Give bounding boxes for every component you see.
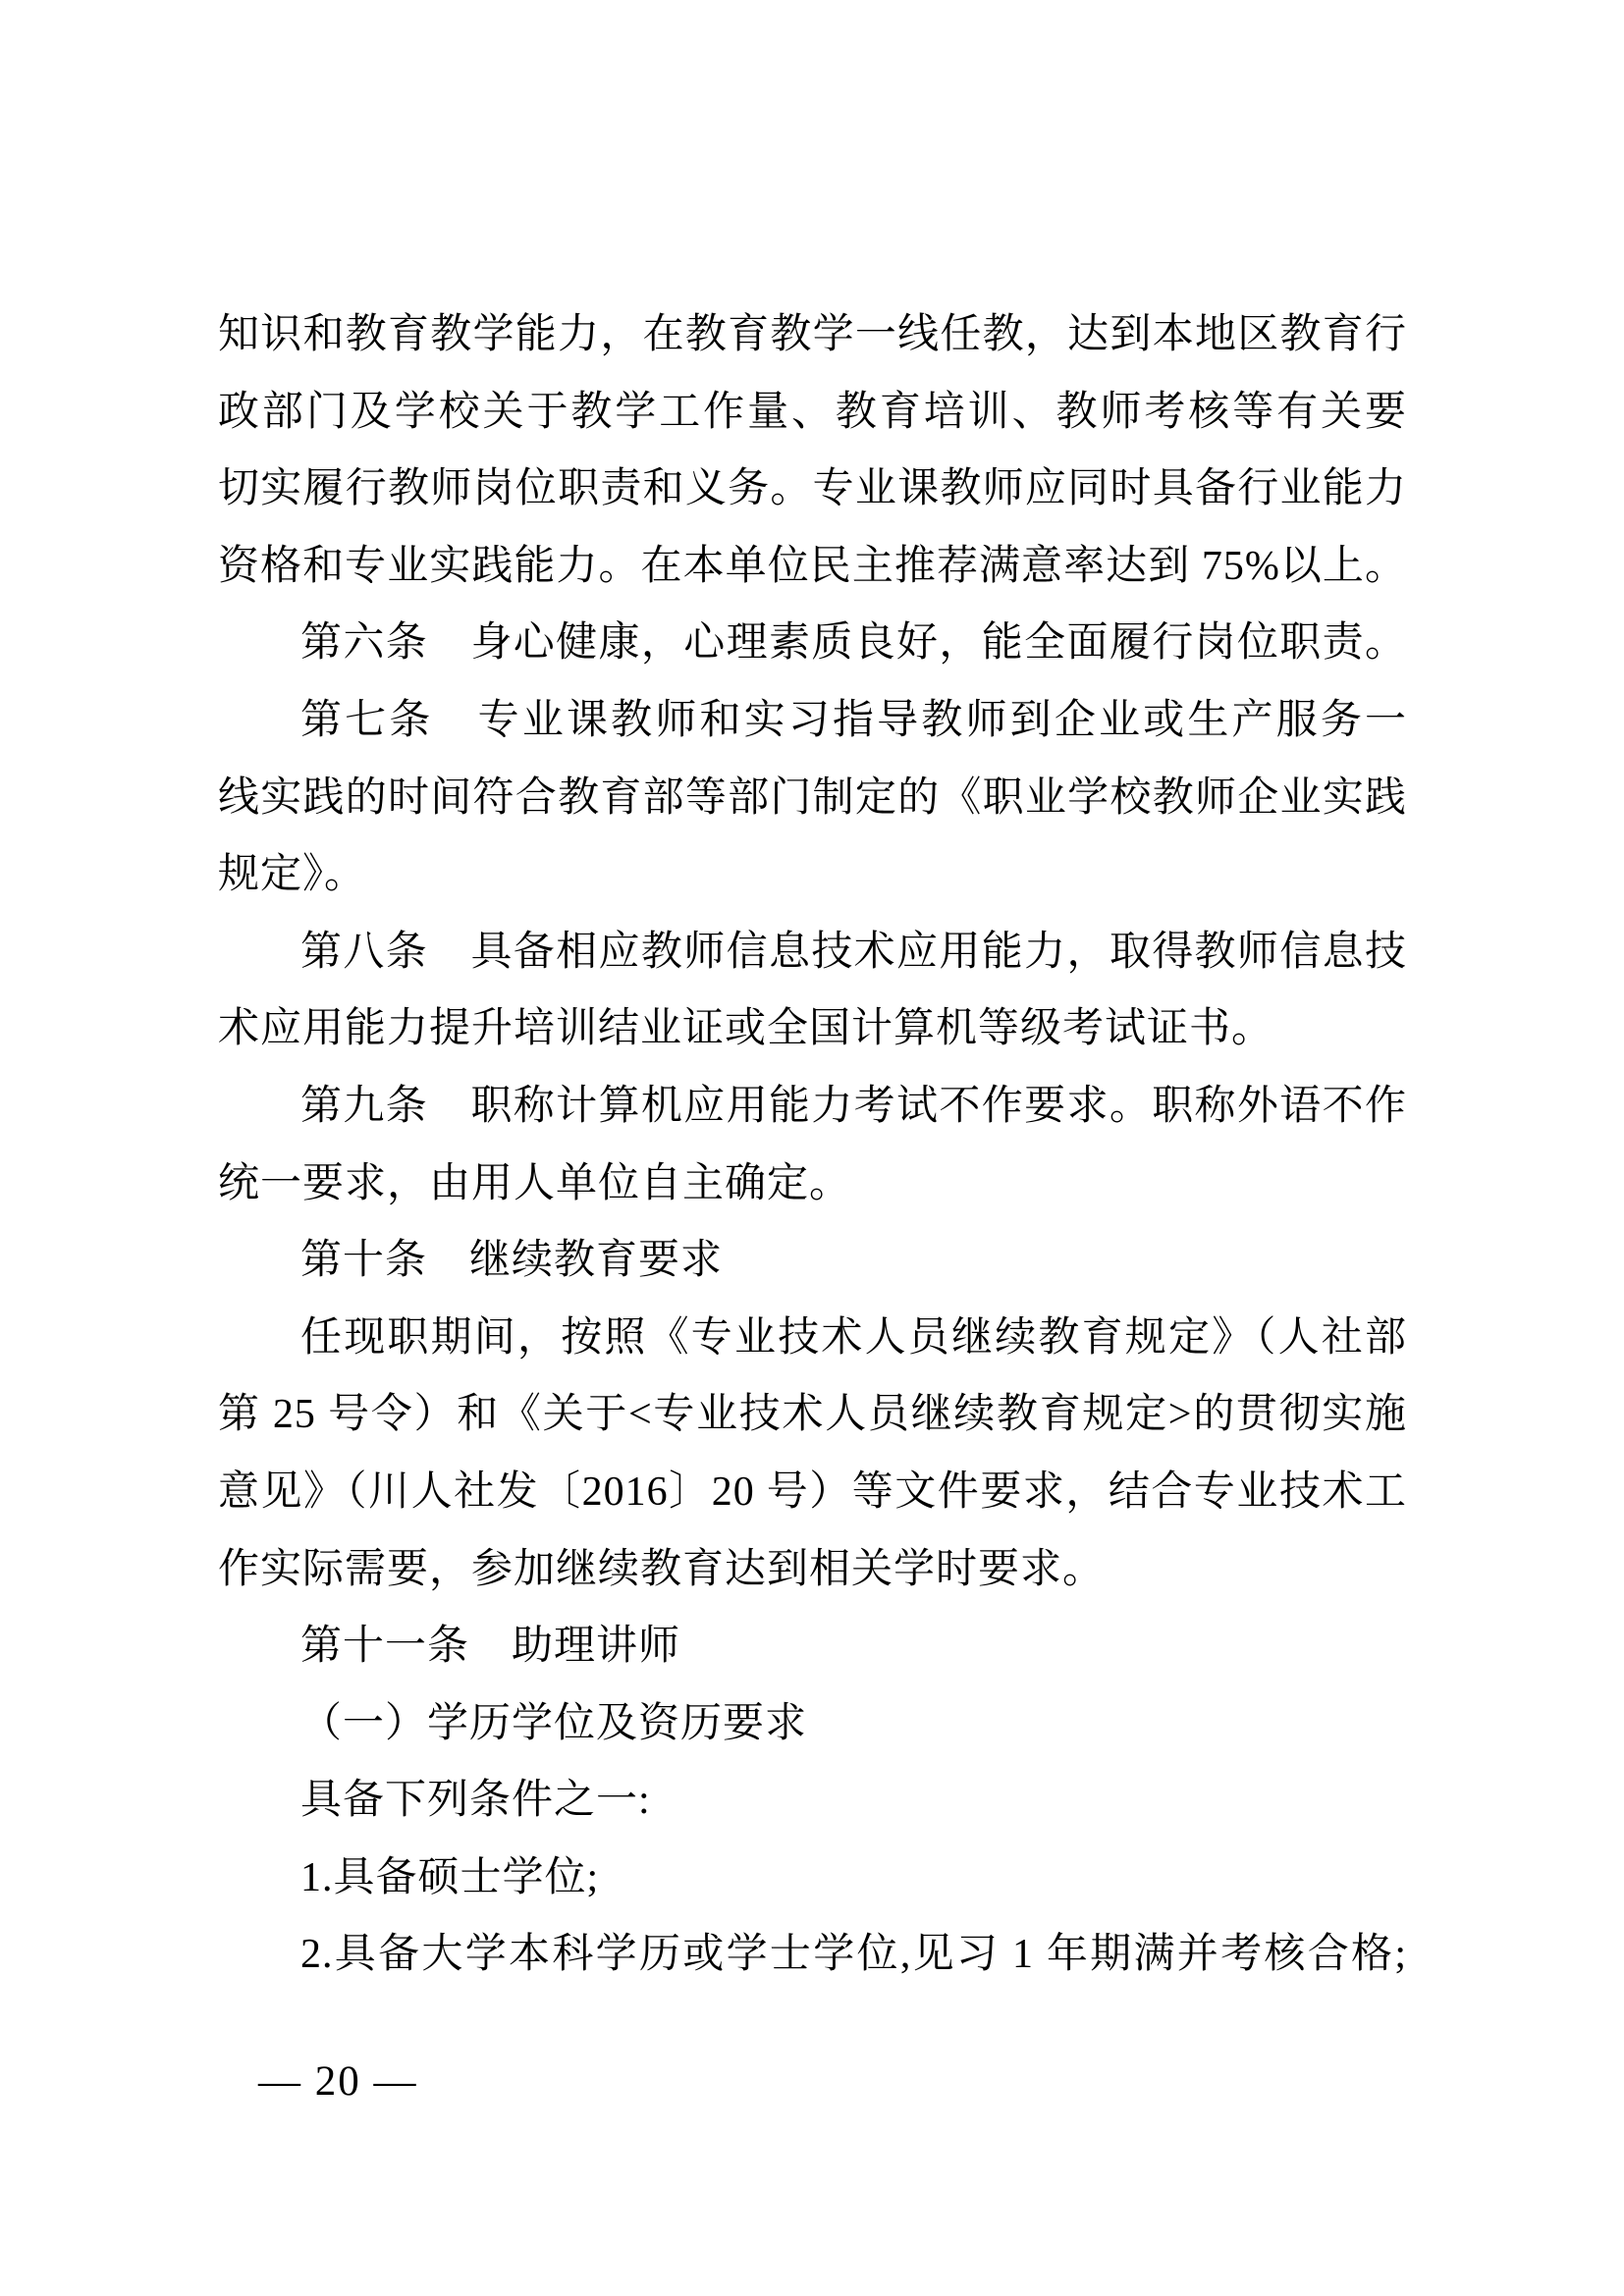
page-footer: — 20 — [258,2043,418,2120]
text-line: 第六条 身心健康，心理素质良好，能全面履行岗位职责。 [218,605,1407,682]
text-line: 2.具备大学本科学历或学士学位,见习 1 年期满并考核合格; [218,1916,1407,1994]
text-line: 第八条 具备相应教师信息技术应用能力，取得教师信息技 [218,914,1407,991]
text-line: 第七条 专业课教师和实习指导教师到企业或生产服务一 [218,682,1407,760]
text-line: 资格和专业实践能力。在本单位民主推荐满意率达到 75%以上。 [218,528,1407,606]
text-line: 任现职期间，按照《专业技术人员继续教育规定》（人社部 [218,1300,1407,1377]
text-line: 线实践的时间符合教育部等部门制定的《职业学校教师企业实践 [218,760,1407,837]
text-line: 知识和教育教学能力，在教育教学一线任教，达到本地区教育行 [218,296,1407,374]
text-line: （一）学历学位及资历要求 [218,1685,1407,1763]
text-line: 第十一条 助理讲师 [218,1608,1407,1685]
text-line: 规定》。 [218,836,1407,914]
text-line: 第九条 职称计算机应用能力考试不作要求。职称外语不作 [218,1068,1407,1146]
text-line: 切实履行教师岗位职责和义务。专业课教师应同时具备行业能力 [218,451,1407,528]
text-line: 第十条 继续教育要求 [218,1222,1407,1300]
text-line: 具备下列条件之一: [218,1762,1407,1840]
text-line: 意见》（川人社发〔2016〕20 号）等文件要求，结合专业技术工 [218,1454,1407,1531]
text-line: 第 25 号令）和《关于<专业技术人员继续教育规定>的贯彻实施 [218,1376,1407,1454]
page-number: — 20 — [258,2058,418,2105]
text-line: 政部门及学校关于教学工作量、教育培训、教师考核等有关要求， [218,374,1407,452]
text-line: 作实际需要，参加继续教育达到相关学时要求。 [218,1531,1407,1609]
document-page: 知识和教育教学能力，在教育教学一线任教，达到本地区教育行政部门及学校关于教学工作… [0,0,1624,2296]
text-line: 1.具备硕士学位; [218,1840,1407,1917]
text-line: 术应用能力提升培训结业证或全国计算机等级考试证书。 [218,990,1407,1068]
text-block: 知识和教育教学能力，在教育教学一线任教，达到本地区教育行政部门及学校关于教学工作… [218,296,1407,1994]
text-line: 统一要求，由用人单位自主确定。 [218,1146,1407,1223]
